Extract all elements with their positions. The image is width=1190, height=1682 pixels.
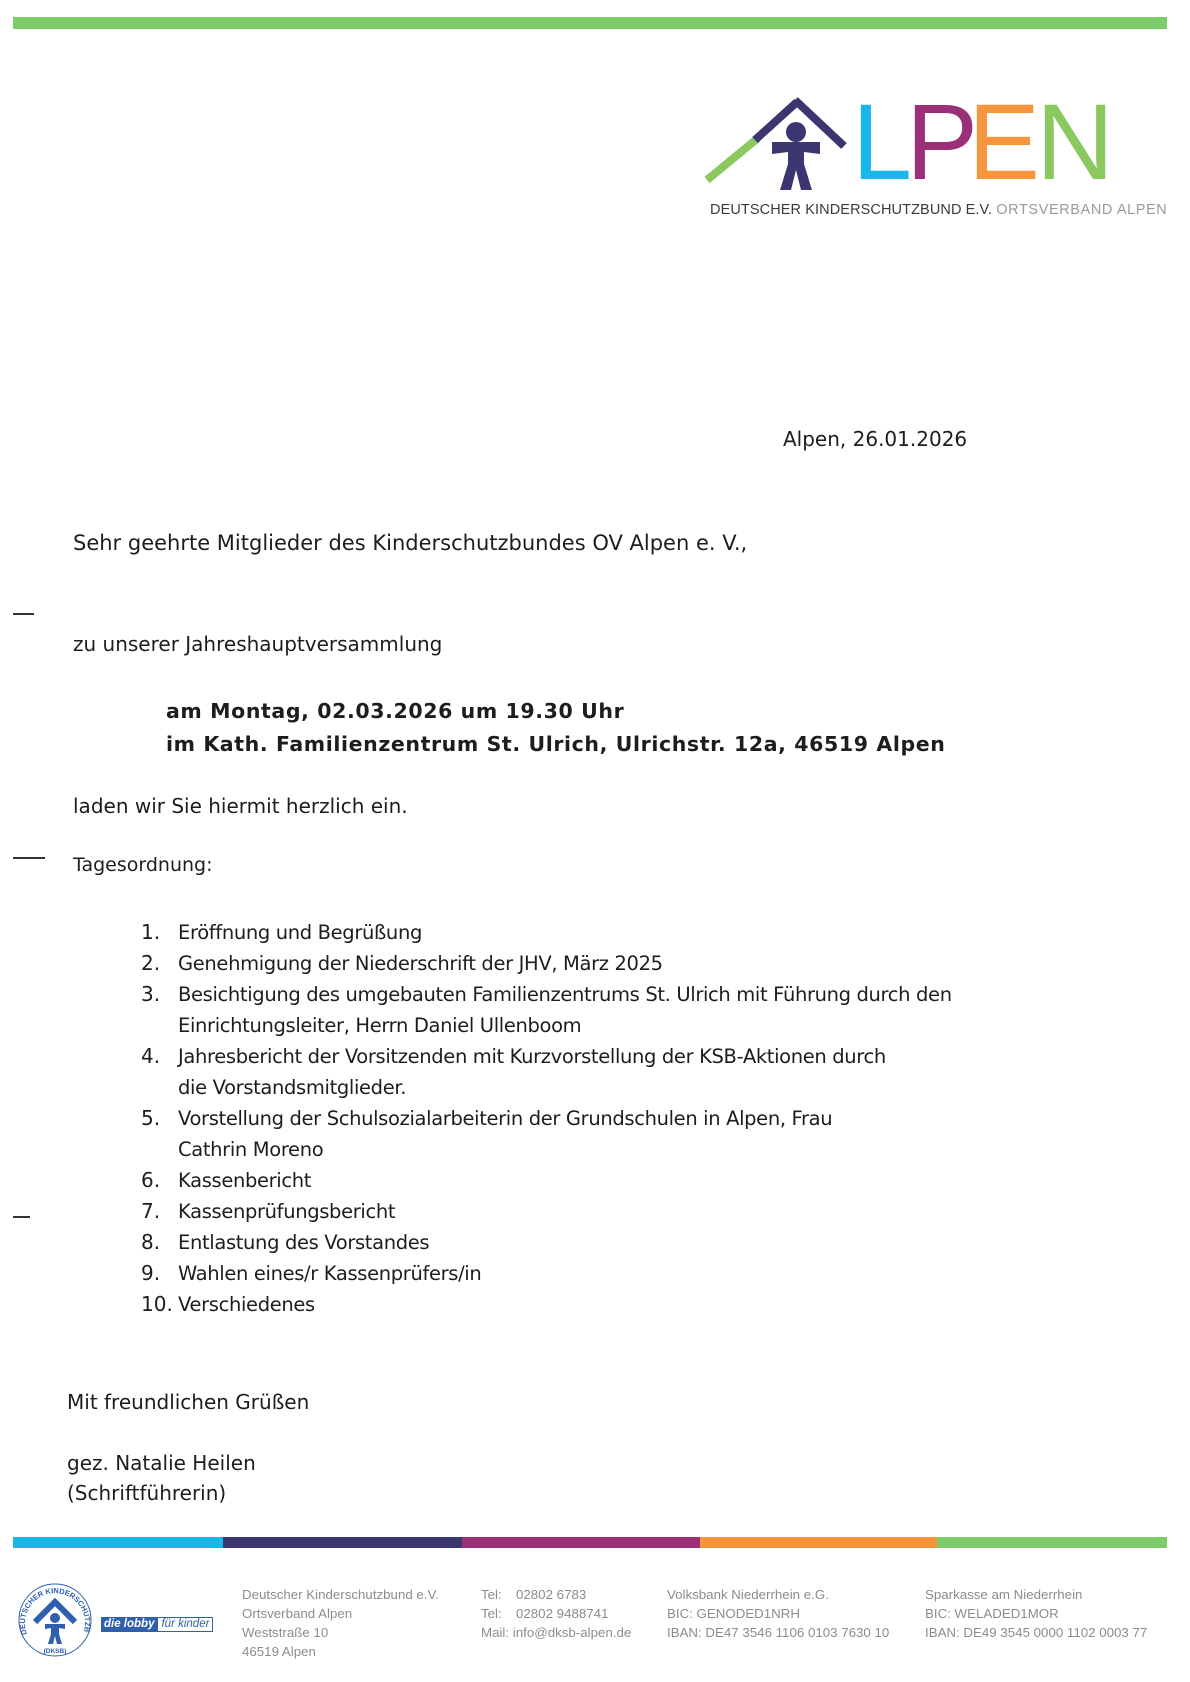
tagline-org: DEUTSCHER KINDERSCHUTZBUND E.V. — [710, 202, 992, 218]
tel1-value[interactable]: 02802 6783 — [516, 1587, 586, 1602]
agenda-item-number: 1. — [141, 922, 160, 942]
bank1-iban: IBAN: DE47 3546 1106 0103 7630 10 — [667, 1623, 889, 1642]
signature-name: gez. Natalie Heilen — [67, 1453, 256, 1473]
fold-mark-lower — [13, 1216, 30, 1218]
agenda-item-number: 3. — [141, 984, 160, 1004]
agenda-item-number: 5. — [141, 1108, 160, 1128]
footer-bar-green — [937, 1537, 1167, 1548]
agenda-item-text: Kassenbericht — [178, 1165, 898, 1196]
alpen-logo: L P E N DEUTSCHER KINDERSCHUTZBUND E.V. … — [700, 90, 1160, 230]
dksb-seal-icon: DEUTSCHER KINDERSCHUTZBUND E.V. (DKSB) — [17, 1582, 93, 1658]
house-child-icon — [700, 90, 860, 190]
agenda-title: Tagesordnung: — [73, 856, 213, 875]
fold-mark — [13, 613, 34, 615]
logo-letter-n: N — [1036, 88, 1114, 196]
footer-bank-volksbank: Volksbank Niederrhein e.G. BIC: GENODED1… — [667, 1585, 889, 1642]
agenda-item-number: 7. — [141, 1201, 160, 1221]
agenda-item-number: 4. — [141, 1046, 160, 1066]
footer-contact: Tel:02802 6783 Tel:02802 9488741 Mail: i… — [481, 1585, 631, 1642]
event-date-time: am Montag, 02.03.2026 um 19.30 Uhr — [166, 701, 624, 722]
closing: Mit freundlichen Grüßen — [67, 1392, 309, 1412]
footer-org-branch: Ortsverband Alpen — [242, 1604, 439, 1623]
footer-city: 46519 Alpen — [242, 1642, 439, 1661]
lobby-text-a: die lobby — [101, 1617, 157, 1632]
agenda-item-number: 9. — [141, 1263, 160, 1283]
agenda-item-number: 2. — [141, 953, 160, 973]
footer-bar-magenta — [462, 1537, 700, 1548]
event-location: im Kath. Familienzentrum St. Ulrich, Ulr… — [166, 734, 945, 755]
agenda-item-text: Jahresbericht der Vorsitzenden mit Kurzv… — [178, 1041, 898, 1103]
logo-letter-l: L — [852, 88, 912, 196]
bank1-bic: BIC: GENODED1NRH — [667, 1604, 889, 1623]
header-top-bar — [13, 17, 1167, 29]
agenda-item-text: Kassenprüfungsbericht — [178, 1196, 898, 1227]
intro-text: zu unserer Jahreshauptversammlung — [73, 634, 442, 654]
footer-bank-sparkasse: Sparkasse am Niederrhein BIC: WELADED1MO… — [925, 1585, 1147, 1642]
footer-bar-navy — [223, 1537, 462, 1548]
agenda-item-text: Besichtigung des umgebauten Familienzent… — [178, 979, 958, 1041]
tel1-label: Tel: — [481, 1585, 516, 1604]
svg-text:(DKSB): (DKSB) — [44, 1648, 67, 1655]
signature-role: (Schriftführerin) — [67, 1483, 226, 1503]
footer-org-name: Deutscher Kinderschutzbund e.V. — [242, 1585, 439, 1604]
punch-mark — [13, 857, 45, 859]
agenda-item-text: Entlastung des Vorstandes — [178, 1227, 898, 1258]
tagline-branch: ORTSVERBAND ALPEN — [996, 202, 1167, 218]
agenda-item-number: 6. — [141, 1170, 160, 1190]
mail-link[interactable]: info@dksb-alpen.de — [513, 1625, 631, 1640]
footer-street: Weststraße 10 — [242, 1623, 439, 1642]
bank1-name: Volksbank Niederrhein e.G. — [667, 1585, 889, 1604]
logo-letter-e: E — [968, 88, 1040, 196]
bank2-name: Sparkasse am Niederrhein — [925, 1585, 1147, 1604]
agenda-item-text: Wahlen eines/r Kassenprüfers/in — [178, 1258, 898, 1289]
agenda-item-number: 10. — [141, 1294, 173, 1314]
agenda-item-text: Eröffnung und Begrüßung — [178, 917, 898, 948]
place-date: Alpen, 26.01.2026 — [783, 429, 967, 449]
agenda-item-text: Genehmigung der Niederschrift der JHV, M… — [178, 948, 898, 979]
footer-address: Deutscher Kinderschutzbund e.V. Ortsverb… — [242, 1585, 439, 1661]
bank2-iban: IBAN: DE49 3545 0000 1102 0003 77 — [925, 1623, 1147, 1642]
invite-text: laden wir Sie hiermit herzlich ein. — [73, 796, 408, 816]
logo-tagline: DEUTSCHER KINDERSCHUTZBUND E.V. ORTSVERB… — [710, 202, 1167, 218]
footer-bar-cyan — [13, 1537, 223, 1548]
agenda-item-text: Vorstellung der Schulsozialarbeiterin de… — [178, 1103, 898, 1165]
lobby-badge: die lobby für kinder — [101, 1617, 213, 1632]
salutation: Sehr geehrte Mitglieder des Kinderschutz… — [73, 533, 747, 554]
agenda-item-number: 8. — [141, 1232, 160, 1252]
tel2-value[interactable]: 02802 9488741 — [516, 1606, 608, 1621]
lobby-text-b: für kinder — [157, 1617, 213, 1632]
mail-label: Mail: — [481, 1625, 509, 1640]
tel2-label: Tel: — [481, 1604, 516, 1623]
footer-bar-orange — [700, 1537, 937, 1548]
bank2-bic: BIC: WELADED1MOR — [925, 1604, 1147, 1623]
agenda-item-text: Verschiedenes — [178, 1289, 898, 1320]
